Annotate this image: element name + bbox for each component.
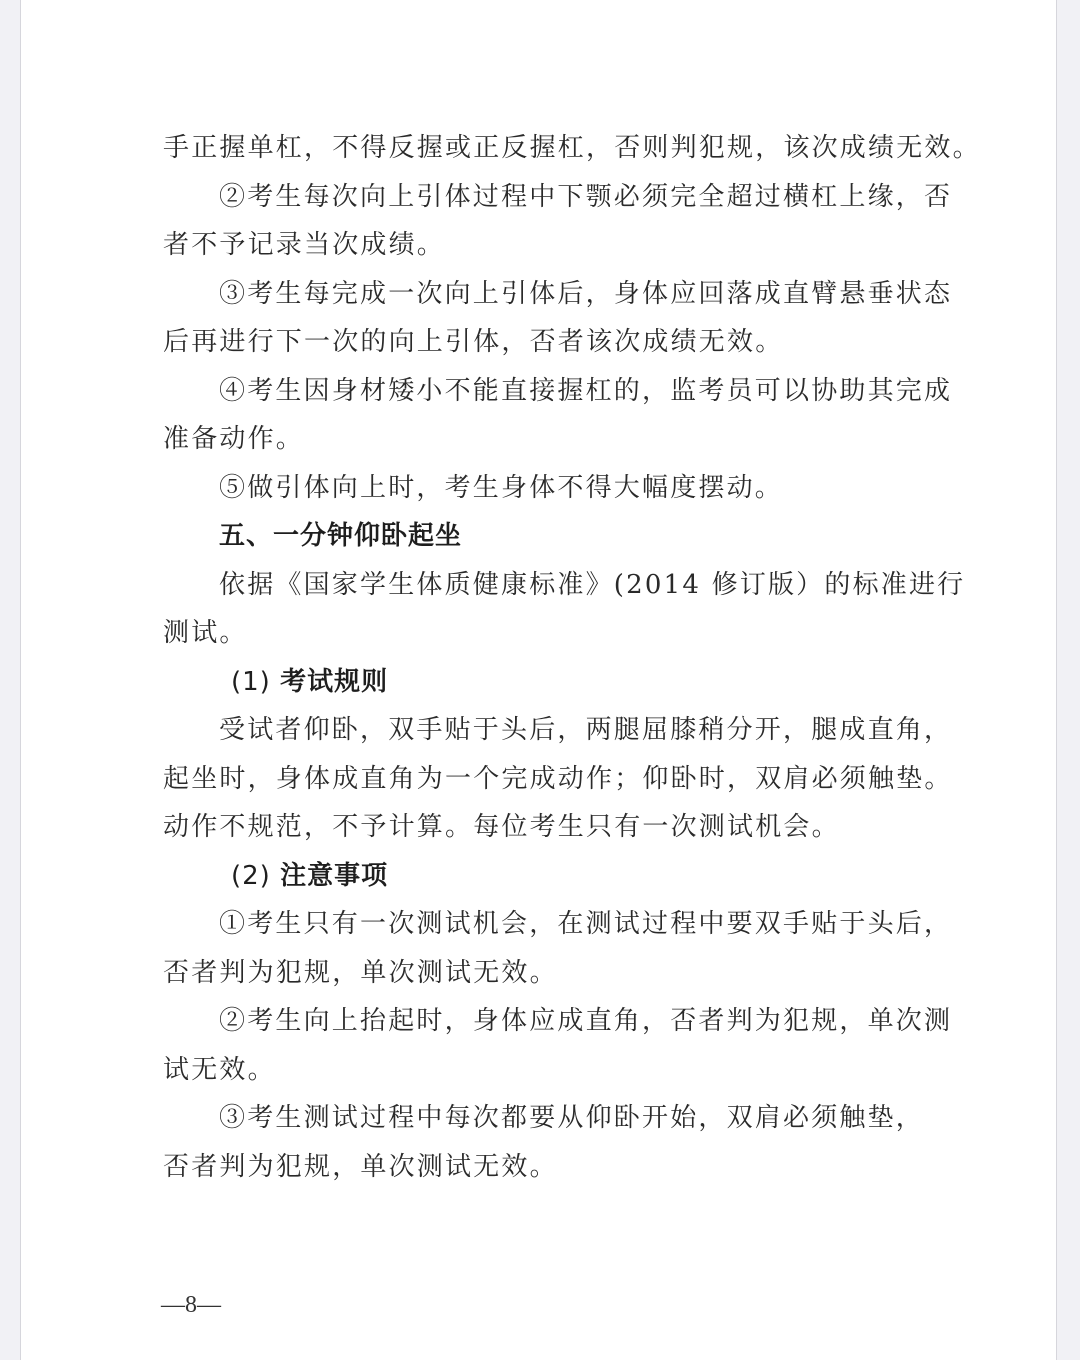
text-line: 受试者仰卧，双手贴于头后，两腿屈膝稍分开，腿成直角， — [163, 706, 933, 755]
text-line: 测试。 — [163, 609, 933, 658]
subsection-heading-notes: (2) 注意事项 — [163, 852, 933, 901]
text-line: ④考生因身材矮小不能直接握杠的，监考员可以协助其完成 — [163, 367, 933, 416]
subsection-number: (2) — [231, 861, 271, 891]
text-line: ③考生每完成一次向上引体后，身体应回落成直臂悬垂状态 — [163, 270, 933, 319]
subsection-title: 考试规则 — [280, 667, 388, 697]
text-line: 试无效。 — [163, 1046, 933, 1095]
subsection-number: (1) — [231, 667, 271, 697]
document-page: 手正握单杠，不得反握或正反握杠，否则判犯规，该次成绩无效。 ②考生每次向上引体过… — [20, 0, 1057, 1360]
text-line: ③考生测试过程中每次都要从仰卧开始，双肩必须触垫， — [163, 1094, 933, 1143]
page-number: —8— — [161, 1292, 221, 1319]
text-line: 后再进行下一次的向上引体，否者该次成绩无效。 — [163, 318, 933, 367]
subsection-heading-rules: (1) 考试规则 — [163, 658, 933, 707]
text-line: ⑤做引体向上时，考生身体不得大幅度摆动。 — [163, 464, 933, 513]
subsection-title: 注意事项 — [280, 861, 388, 891]
text-line: 者不予记录当次成绩。 — [163, 221, 933, 270]
page-content: 手正握单杠，不得反握或正反握杠，否则判犯规，该次成绩无效。 ②考生每次向上引体过… — [163, 124, 933, 1191]
text-line: ①考生只有一次测试机会，在测试过程中要双手贴于头后， — [163, 900, 933, 949]
text-line: 否者判为犯规，单次测试无效。 — [163, 1143, 933, 1192]
text-line: 动作不规范，不予计算。每位考生只有一次测试机会。 — [163, 803, 933, 852]
text-line: 准备动作。 — [163, 415, 933, 464]
section-heading: 五、一分钟仰卧起坐 — [163, 512, 933, 561]
text-line: 起坐时，身体成直角为一个完成动作；仰卧时，双肩必须触垫。 — [163, 755, 933, 804]
text-line: ②考生向上抬起时，身体应成直角，否者判为犯规，单次测 — [163, 997, 933, 1046]
text-line: ②考生每次向上引体过程中下颚必须完全超过横杠上缘，否 — [163, 173, 933, 222]
text-line: 依据《国家学生体质健康标准》(2014 修订版）的标准进行 — [163, 561, 933, 610]
text-line: 手正握单杠，不得反握或正反握杠，否则判犯规，该次成绩无效。 — [163, 124, 933, 173]
text-line: 否者判为犯规，单次测试无效。 — [163, 949, 933, 998]
